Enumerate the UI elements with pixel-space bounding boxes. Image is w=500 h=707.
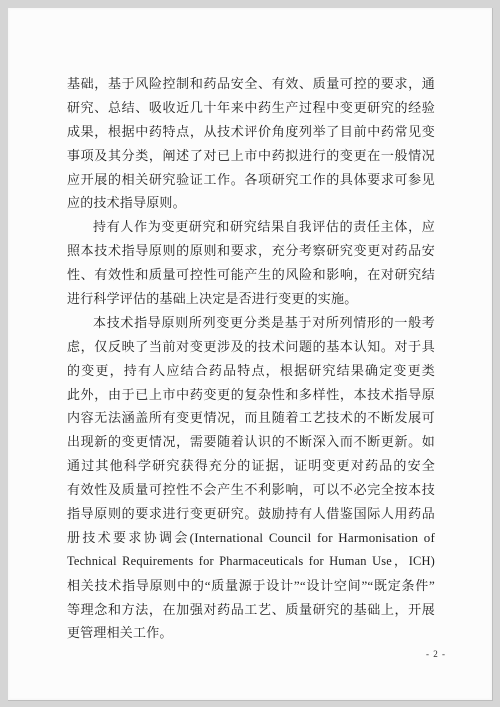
text-line: 性、有效性和质量可控性可能产生的风险和影响，在对研究结果 — [67, 263, 435, 287]
text-line: 照本技术指导原则的原则和要求，充分考察研究变更对药品安全 — [67, 239, 435, 263]
text-line: Technical Requirements for Pharmaceutica… — [67, 550, 435, 574]
text-line: 有效性及质量可控性不会产生不利影响，可以不必完全按本技术 — [67, 478, 435, 502]
text-line: 本技术指导原则所列变更分类是基于对所列情形的一般考 — [67, 311, 435, 335]
text-line: 事项及其分类，阐述了对已上市中药拟进行的变更在一般情况下 — [67, 144, 435, 168]
text-line: 此外，由于已上市中药变更的复杂性和多样性，本技术指导原则 — [67, 383, 435, 407]
text-line: 指导原则的要求进行变更研究。鼓励持有人借鉴国际人用药品注 — [67, 502, 435, 526]
text-line: 册技术要求协调会(International Council for Harmo… — [67, 526, 435, 550]
text-line: 相关技术指导原则中的“质量源于设计”“设计空间”“既定条件” — [67, 574, 435, 598]
document-page: 基础，基于风险控制和药品安全、有效、质量可控的要求，通过研究、总结、吸收近几十年… — [8, 8, 493, 701]
text-line: 进行科学评估的基础上决定是否进行变更的实施。 — [67, 287, 435, 311]
text-line: 基础，基于风险控制和药品安全、有效、质量可控的要求，通过 — [67, 72, 435, 96]
text-line: 的变更，持有人应结合药品特点，根据研究结果确定变更类别。 — [67, 359, 435, 383]
text-line: 成果，根据中药特点，从技术评价角度列举了目前中药常见变更 — [67, 120, 435, 144]
page-number: - 2 - — [408, 649, 464, 659]
paragraph: 基础，基于风险控制和药品安全、有效、质量可控的要求，通过研究、总结、吸收近几十年… — [67, 72, 435, 215]
text-line: 出现新的变更情况，需要随着认识的不断深入而不断更新。如果 — [67, 430, 435, 454]
text-line: 内容无法涵盖所有变更情况，而且随着工艺技术的不断发展可能 — [67, 406, 435, 430]
text-line: 通过其他科学研究获得充分的证据，证明变更对药品的安全性、 — [67, 454, 435, 478]
text-line: 虑，仅反映了当前对变更涉及的技术问题的基本认知。对于具体 — [67, 335, 435, 359]
text-line: 持有人作为变更研究和研究结果自我评估的责任主体，应按 — [67, 215, 435, 239]
page-body-text: 基础，基于风险控制和药品安全、有效、质量可控的要求，通过研究、总结、吸收近几十年… — [67, 72, 435, 645]
paragraph: 本技术指导原则所列变更分类是基于对所列情形的一般考虑，仅反映了当前对变更涉及的技… — [67, 311, 435, 645]
text-line: 更管理相关工作。 — [67, 621, 435, 645]
text-line: 应开展的相关研究验证工作。各项研究工作的具体要求可参见相 — [67, 168, 435, 192]
text-line: 应的技术指导原则。 — [67, 191, 435, 215]
text-line: 研究、总结、吸收近几十年来中药生产过程中变更研究的经验和 — [67, 96, 435, 120]
paragraph: 持有人作为变更研究和研究结果自我评估的责任主体，应按照本技术指导原则的原则和要求… — [67, 215, 435, 311]
text-line: 等理念和方法，在加强对药品工艺、质量研究的基础上，开展变 — [67, 598, 435, 622]
